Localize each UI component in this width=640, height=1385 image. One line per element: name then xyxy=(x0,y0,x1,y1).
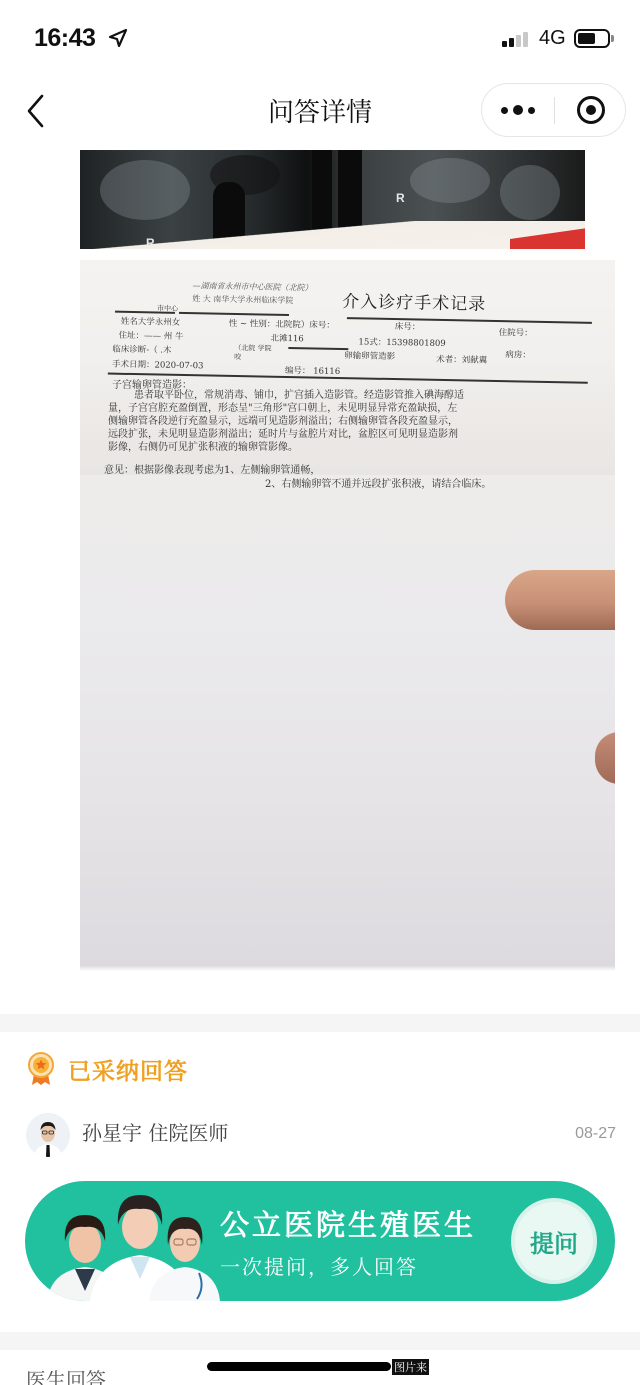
doctor-row: 孙星宇 住院医师 08-27 xyxy=(26,1113,616,1159)
field-address: 住址：—— 州 牛 xyxy=(118,329,183,342)
field-diagnosis-detail2: 咬 xyxy=(234,352,241,362)
nav-bar: 问答详情 xyxy=(0,78,640,144)
rule xyxy=(347,317,592,323)
close-target-icon xyxy=(577,96,605,124)
close-mini-program-button[interactable] xyxy=(555,84,626,136)
watermark-text: 图片来 xyxy=(392,1359,429,1375)
battery-icon xyxy=(574,29,610,48)
network-label: 4G xyxy=(539,27,566,50)
answer-date: 08-27 xyxy=(575,1125,616,1143)
field-name: 姓名大学永州女 xyxy=(121,315,181,328)
banner-title: 公立医院生殖医生 xyxy=(220,1203,476,1244)
doctor-portrait-icon xyxy=(26,1113,70,1157)
field-bed: 床号： xyxy=(395,320,421,332)
field-phone: 15式：15398801809 xyxy=(358,335,446,349)
more-dot-center xyxy=(513,105,523,115)
rule xyxy=(288,347,348,350)
adopted-answer-title: 已采纳回答 xyxy=(68,1053,188,1086)
section-separator xyxy=(0,1014,640,1032)
adopted-answer-header: 已采纳回答 xyxy=(26,1052,188,1086)
field-surgery-date: 手术日期：2020-07-03 xyxy=(112,358,204,372)
document-photo[interactable]: —湖南省永州市中心医院（北院） 姓 大 南华大学永州临床学院 介入诊疗手术记录 … xyxy=(80,260,615,971)
banner-subtitle: 一次提问，多人回答 xyxy=(220,1251,418,1280)
opinion-line: 2、右侧输卵管不通并远段扩张积液，请结合临床。 xyxy=(104,478,491,492)
rule xyxy=(179,312,289,316)
field-record-number: 编号： 16116 xyxy=(285,364,340,377)
field-ward: 病房： xyxy=(505,348,531,360)
record-title: 介入诊疗手术记录 xyxy=(342,287,486,315)
opinion: 意见：根据影像表现考虑为1、左侧输卵管通畅， 2、右侧输卵管不通并远段扩张积液，… xyxy=(104,464,491,492)
home-indicator[interactable] xyxy=(207,1362,391,1371)
ask-question-button[interactable]: 提问 xyxy=(511,1198,597,1284)
field-procedure: 卵输卵管造影 xyxy=(344,349,395,362)
body-line: 远段扩张，未见明显造影剂溢出；延时片与盆腔片对比，盆腔区可见明显造影剂 xyxy=(108,428,578,441)
body-line: 患者取平卧位，常规消毒、铺巾，扩宫插入造影管。经造影管推入碘海醇适 xyxy=(108,389,578,402)
field-diagnosis: 临床诊断-（ .木 xyxy=(112,343,172,356)
status-bar: 16:43 4G xyxy=(0,0,640,78)
doctor-avatar[interactable] xyxy=(26,1113,70,1157)
section-separator xyxy=(0,1332,640,1350)
body-line: 量，子宫宫腔充盈倒置，形态呈"三角形"宫口朝上，未见明显异常充盈缺损，左 xyxy=(108,402,578,415)
finger xyxy=(595,732,615,784)
hospital-name: —湖南省永州市中心医院（北院） xyxy=(192,280,312,293)
field-inpatient: 住院号： xyxy=(499,326,533,339)
mini-program-capsule xyxy=(481,83,626,137)
field-address-detail: 北滩116 xyxy=(270,332,303,345)
field-gender: 性 ~ 性别：北院院）床号： xyxy=(229,317,335,331)
more-dot-right xyxy=(528,107,535,114)
doc-edge xyxy=(80,965,615,971)
doctor-answers-title: 医生回答 xyxy=(26,1364,106,1385)
doctor-photo-right xyxy=(147,1201,222,1301)
more-dots-icon xyxy=(501,107,508,114)
xray-photo[interactable]: R R xyxy=(80,150,585,249)
doctor-name[interactable]: 孙星宇 住院医师 xyxy=(82,1117,228,1146)
finger xyxy=(505,570,615,630)
opinion-line: 意见：根据影像表现考虑为1、左侧输卵管通畅， xyxy=(104,464,491,478)
college-name: 姓 大 南华大学永州临床学院 xyxy=(192,293,293,306)
medal-star-icon xyxy=(26,1052,56,1086)
ask-doctor-banner[interactable]: 公立医院生殖医生 一次提问，多人回答 提问 xyxy=(25,1181,615,1301)
stamp-text: 市中心 xyxy=(157,303,178,313)
status-time: 16:43 xyxy=(34,24,95,53)
body-line: 影像，右侧仍可见扩张积液的输卵管影像。 xyxy=(108,441,578,454)
body-line: 侧输卵管各段逆行充盈显示，远端可见造影剂溢出；右侧输卵管各段充盈显示， xyxy=(108,415,578,428)
procedure-description: 患者取平卧位，常规消毒、铺巾，扩宫插入造影管。经造影管推入碘海醇适 量，子宫宫腔… xyxy=(108,389,578,454)
field-operator: 术者：刘献翼 xyxy=(436,353,487,366)
more-button[interactable] xyxy=(482,84,554,136)
battery-cap xyxy=(611,35,614,42)
signal-icon xyxy=(502,31,532,47)
location-arrow-icon xyxy=(108,28,128,48)
xray-marker-r-right: R xyxy=(396,191,405,205)
